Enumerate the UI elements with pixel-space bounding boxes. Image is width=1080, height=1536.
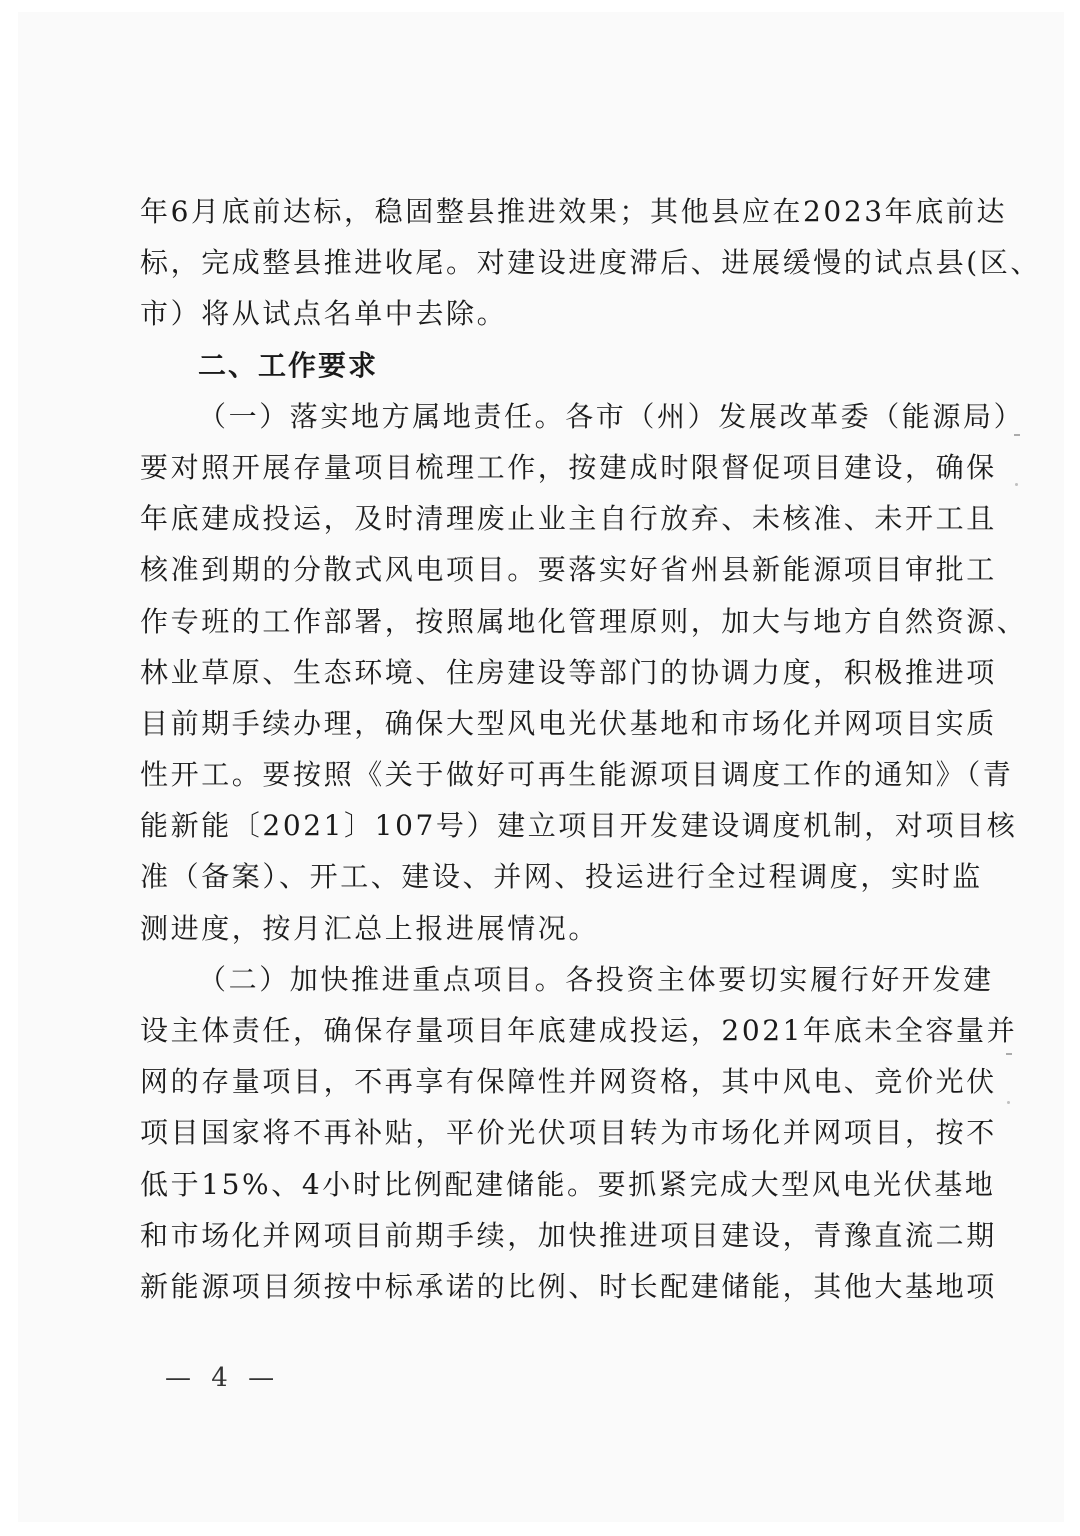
scan-margin-mark bbox=[1007, 1101, 1010, 1104]
body-line: 低于15%、4小时比例配建储能。要抓紧完成大型风电光伏基地 bbox=[140, 1159, 946, 1210]
body-line: 准（备案）、开工、建设、并网、投运进行全过程调度，实时监 bbox=[140, 851, 946, 902]
body-line: 标，完成整县推进收尾。对建设进度滞后、进展缓慢的试点县(区、 bbox=[140, 237, 946, 288]
page-number: — 4 — bbox=[165, 1363, 280, 1393]
scan-margin-mark bbox=[1014, 434, 1020, 436]
body-line: 年底建成投运，及时清理废止业主自行放弃、未核准、未开工且 bbox=[140, 493, 946, 544]
body-line: 新能源项目须按中标承诺的比例、时长配建储能，其他大基地项 bbox=[140, 1261, 946, 1312]
document-body: 年6月底前达标，稳固整县推进效果；其他县应在2023年底前达 标，完成整县推进收… bbox=[140, 186, 946, 1312]
body-line: 要对照开展存量项目梳理工作，按建成时限督促项目建设，确保 bbox=[140, 442, 946, 493]
body-line: 能新能〔2021〕107号）建立项目开发建设调度机制，对项目核 bbox=[140, 800, 946, 851]
body-line: 测进度，按月汇总上报进展情况。 bbox=[140, 903, 946, 954]
scan-margin-mark bbox=[1006, 1053, 1012, 1055]
body-line: 市）将从试点名单中去除。 bbox=[140, 288, 946, 339]
body-line: 作专班的工作部署，按照属地化管理原则，加大与地方自然资源、 bbox=[140, 596, 946, 647]
body-line: 目前期手续办理，确保大型风电光伏基地和市场化并网项目实质 bbox=[140, 698, 946, 749]
body-line: 年6月底前达标，稳固整县推进效果；其他县应在2023年底前达 bbox=[140, 186, 946, 237]
body-line: 项目国家将不再补贴，平价光伏项目转为市场化并网项目，按不 bbox=[140, 1107, 946, 1158]
section-heading: 二、工作要求 bbox=[140, 340, 946, 391]
body-line: 设主体责任，确保存量项目年底建成投运，2021年底未全容量并 bbox=[140, 1005, 946, 1056]
body-line: 核准到期的分散式风电项目。要落实好省州县新能源项目审批工 bbox=[140, 544, 946, 595]
body-line: 和市场化并网项目前期手续，加快推进项目建设，青豫直流二期 bbox=[140, 1210, 946, 1261]
body-line: 性开工。要按照《关于做好可再生能源项目调度工作的通知》（青 bbox=[140, 749, 946, 800]
scan-margin-mark bbox=[1015, 483, 1018, 486]
paragraph-first-line: （二）加快推进重点项目。各投资主体要切实履行好开发建 bbox=[140, 954, 946, 1005]
body-line: 林业草原、生态环境、住房建设等部门的协调力度，积极推进项 bbox=[140, 647, 946, 698]
body-line: 网的存量项目，不再享有保障性并网资格，其中风电、竞价光伏 bbox=[140, 1056, 946, 1107]
paragraph-first-line: （一）落实地方属地责任。各市（州）发展改革委（能源局） bbox=[140, 391, 946, 442]
